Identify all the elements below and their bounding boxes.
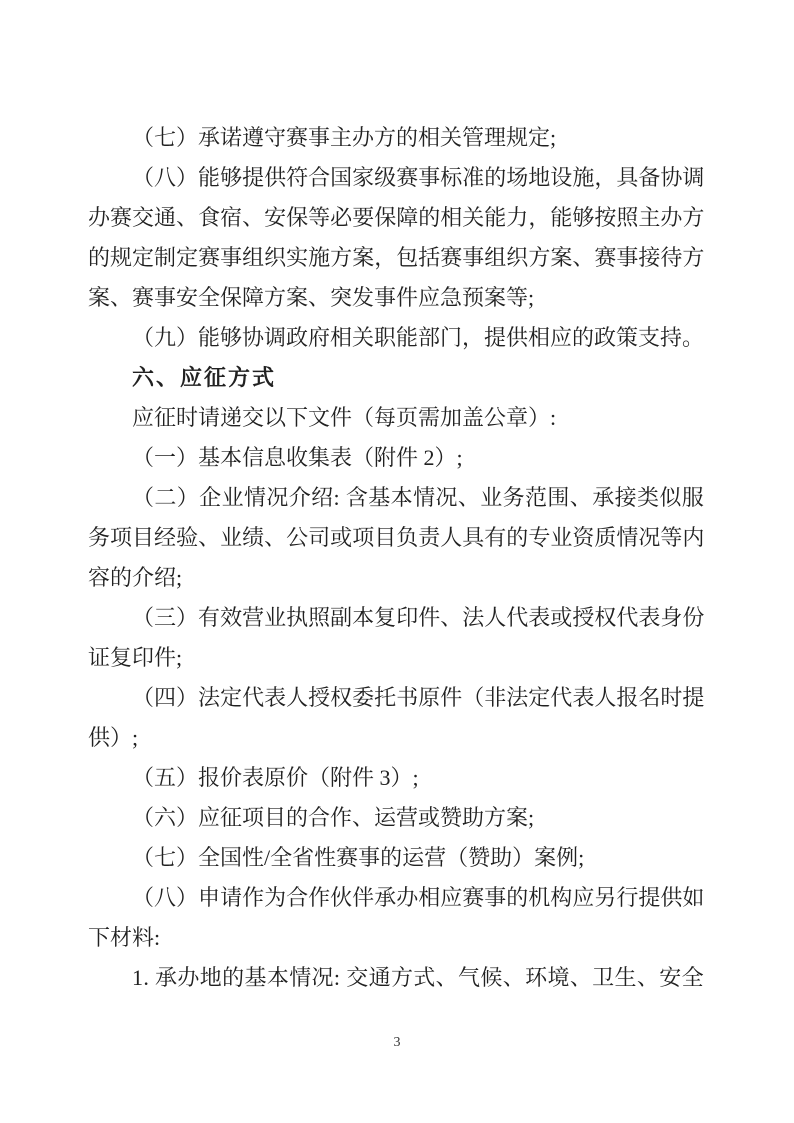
text-line: （三）有效营业执照副本复印件、法人代表或授权代表身份 bbox=[88, 598, 704, 638]
text-line: （七）全国性/全省性赛事的运营（赞助）案例; bbox=[88, 838, 704, 878]
text-line: 下材料: bbox=[88, 918, 704, 958]
document-page: （七）承诺遵守赛事主办方的相关管理规定;（八）能够提供符合国家级赛事标准的场地设… bbox=[0, 0, 794, 1123]
text-line: （一）基本信息收集表（附件 2）; bbox=[88, 438, 704, 478]
text-line: 容的介绍; bbox=[88, 558, 704, 598]
text-line: （四）法定代表人授权委托书原件（非法定代表人报名时提 bbox=[88, 678, 704, 718]
text-line: （八）申请作为合作伙伴承办相应赛事的机构应另行提供如 bbox=[88, 878, 704, 918]
section-heading: 六、应征方式 bbox=[88, 358, 704, 398]
text-line: （八）能够提供符合国家级赛事标准的场地设施，具备协调 bbox=[88, 158, 704, 198]
text-line: （六）应征项目的合作、运营或赞助方案; bbox=[88, 798, 704, 838]
text-line: 办赛交通、食宿、安保等必要保障的相关能力，能够按照主办方 bbox=[88, 198, 704, 238]
text-line: 的规定制定赛事组织实施方案，包括赛事组织方案、赛事接待方 bbox=[88, 238, 704, 278]
text-line: 务项目经验、业绩、公司或项目负责人具有的专业资质情况等内 bbox=[88, 518, 704, 558]
text-line: （九）能够协调政府相关职能部门，提供相应的政策支持。 bbox=[88, 318, 704, 358]
page-number: 3 bbox=[394, 1035, 401, 1050]
text-line: （二）企业情况介绍: 含基本情况、业务范围、承接类似服 bbox=[88, 478, 704, 518]
document-body: （七）承诺遵守赛事主办方的相关管理规定;（八）能够提供符合国家级赛事标准的场地设… bbox=[88, 118, 704, 998]
text-line: 1. 承办地的基本情况: 交通方式、气候、环境、卫生、安全 bbox=[88, 958, 704, 998]
text-line: （七）承诺遵守赛事主办方的相关管理规定; bbox=[88, 118, 704, 158]
text-line: 案、赛事安全保障方案、突发事件应急预案等; bbox=[88, 278, 704, 318]
text-line: 供）; bbox=[88, 718, 704, 758]
page-footer: 3 bbox=[0, 1034, 794, 1052]
text-line: （五）报价表原价（附件 3）; bbox=[88, 758, 704, 798]
text-line: 应征时请递交以下文件（每页需加盖公章）: bbox=[88, 398, 704, 438]
text-line: 证复印件; bbox=[88, 638, 704, 678]
